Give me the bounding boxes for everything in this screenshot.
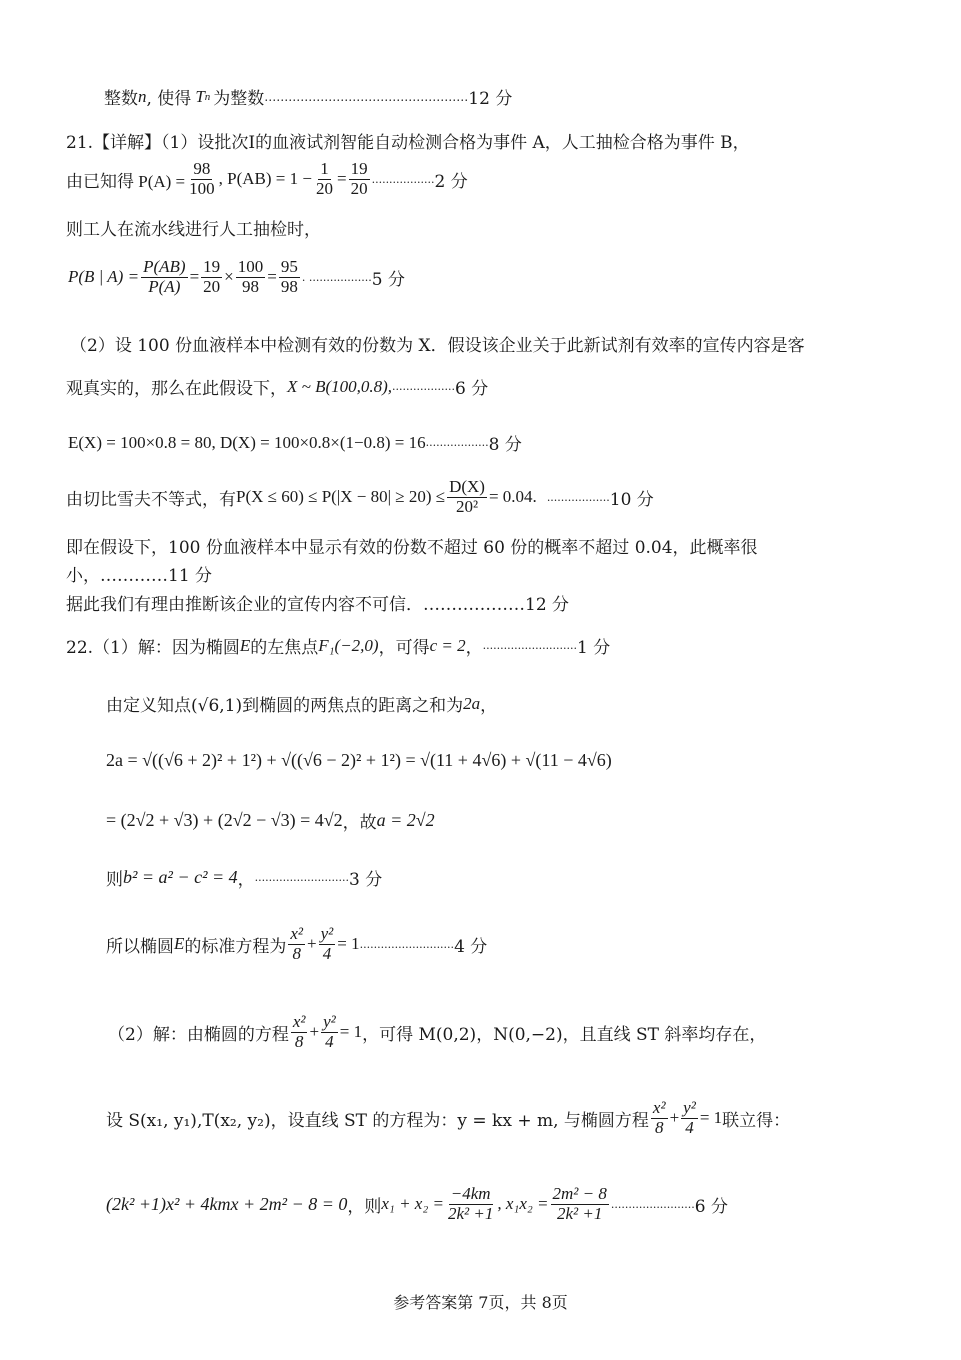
q22-a-value: = (2√2 + √3) + (2√2 − √3) = 4√2 ，故 a = 2… [106,808,435,833]
leader-dots: .................. [372,173,435,186]
denominator: 20 [314,180,335,199]
math-text: , x₁x₂ = [497,1194,548,1214]
text: 由定义知点(√6,1)到椭圆的两焦点的距离之和为 [106,691,463,716]
score-label: 12 分 [468,84,512,109]
math-text: , P(AB) = 1 − [219,169,312,189]
text: ，则 [347,1192,381,1217]
math-text: b² = a² − c² = 4 [123,867,238,888]
q22-b-squared: 则 b² = a² − c² = 4 ， ...................… [106,865,382,890]
q22-definition: 由定义知点(√6,1)到椭圆的两焦点的距离之和为 2a ， [106,691,497,716]
score-label: 3 分 [349,865,382,890]
q21-part2-intro: （2）设 100 份血液样本中检测有效的份数为 X．假设该企业关于此新试剂有效率… [70,331,805,356]
score-label: 5 分 [372,265,405,290]
leader-dots: …………………………………………… [264,90,468,104]
line-integer-n: 整数 n , 使得 Tn 为整数 …………………………………………… 12 分 [104,84,512,109]
fraction: 1920 [349,160,370,198]
q22-standard-equation: 所以椭圆 E 的标准方程为 x²8 + y²4 = 1 ............… [106,925,487,963]
denominator: 98 [240,278,261,297]
q22-line-st: 设 S(x₁, y₁),T(x₂, y₂)，设直线 ST 的方程为：y = kx… [106,1099,790,1137]
numerator: 19 [201,258,222,278]
text: 的左焦点 [250,633,318,658]
leader-dots: .................. [426,436,489,449]
q22-2a-calc: 2a = √((√6 + 2)² + 1²) + √((√6 − 2)² + 1… [106,750,612,771]
denominator: 4 [323,1033,336,1052]
text: ， [466,633,483,658]
q21-conclusion-2: 小，…………11 分 [66,561,212,586]
leader-dots: ........................... [483,639,577,652]
fraction: 1920 [201,258,222,296]
denominator: 2k² +1 [446,1205,495,1224]
text: ，故 [343,808,377,833]
text: 设 S(x₁, y₁),T(x₂, y₂)，设直线 ST 的方程为：y = kx… [106,1106,649,1131]
math-text: = 1 [340,1022,362,1042]
leader-dots: ........................... [255,871,349,884]
math-text: = 1 [337,934,359,954]
fraction: y²4 [321,1013,338,1051]
q21-conclusion-1: 即在假设下，100 份血液样本中显示有效的份数不超过 60 份的概率不超过 0.… [66,533,758,558]
text: （2）解：由椭圆的方程 [108,1020,289,1045]
text: 联立得： [722,1106,790,1131]
fraction: x²8 [291,1013,308,1051]
math-text: 2a [463,694,480,714]
math-var: n [138,87,147,107]
page-footer: 参考答案第 7页，共 8页 [0,1290,961,1313]
text: ， [480,691,497,716]
math-text: = [337,169,347,189]
q22-part1: 22.（1）解：因为椭圆 E 的左焦点 F₁(−2,0) ，可得 c = 2 ，… [66,633,610,658]
math-text: = [267,267,277,287]
numerator: y² [319,925,336,945]
score-label: 8 分 [489,430,522,455]
text: 则工人在流水线进行人工抽检时， [66,215,321,240]
numerator: y² [681,1099,698,1119]
fraction: y²4 [681,1099,698,1137]
fraction: y²4 [319,925,336,963]
q21-given: 由已知得 P(A) = 98100 , P(AB) = 1 − 120 = 19… [66,160,468,198]
denominator: 8 [290,945,303,964]
fraction: −4km2k² +1 [446,1185,495,1223]
denominator: 100 [187,180,217,199]
fraction: x²8 [288,925,305,963]
numerator: 1 [318,160,331,180]
q21-conditional-prob: P(B | A) = P(AB)P(A) = 1920 × 10098 = 95… [68,258,405,296]
denominator: 20² [454,498,480,517]
denominator: 4 [683,1119,696,1138]
text: , 使得 [147,84,192,109]
leader-dots: ........................... [360,938,454,951]
text: 由切比雪夫不等式，有 [66,485,236,510]
denominator: 2k² +1 [555,1205,604,1224]
math-text: E(X) = 100×0.8 = 80, D(X) = 100×0.8×(1−0… [68,433,426,453]
math-text: x₁ + x₂ = [381,1194,444,1214]
math-var: E [174,934,184,954]
math-text: = [190,267,200,287]
text: 则 [106,865,123,890]
text: 观真实的，那么在此假设下， [66,374,287,399]
text: 小，…………11 分 [66,561,212,586]
fraction: x²8 [651,1099,668,1137]
numerator: 19 [349,160,370,180]
numerator: 100 [236,258,266,278]
fraction: 2m² − 82k² +1 [551,1185,609,1223]
q21-manual-check: 则工人在流水线进行人工抽检时， [66,215,321,240]
q21-binomial: 观真实的，那么在此假设下， X ~ B(100,0.8), ..........… [66,374,488,399]
text: 22.（1）解：因为椭圆 [66,633,240,658]
score-label: 6 分 [695,1192,728,1217]
q21-chebyshev: 由切比雪夫不等式，有 P(X ≤ 60) ≤ P(|X − 80| ≥ 20) … [66,478,654,516]
text: 即在假设下，100 份血液样本中显示有效的份数不超过 60 份的概率不超过 0.… [66,533,758,558]
fraction: D(X)20² [447,478,487,516]
score-label: 6 分 [455,374,488,399]
math-var: T [195,87,204,107]
denominator: 20 [201,278,222,297]
math-text: = 1 [700,1108,722,1128]
text: ，可得 M(0,2)，N(0,−2)，且直线 ST 斜率均存在， [362,1020,766,1045]
math-text: 2a = √((√6 + 2)² + 1²) + √((√6 − 2)² + 1… [106,750,612,771]
q22-vieta: (2k² +1)x² + 4kmx + 2m² − 8 = 0 ，则 x₁ + … [106,1185,728,1223]
fraction: P(AB)P(A) [141,258,187,296]
text: 为整数 [213,84,264,109]
score-label: 10 分 [610,485,654,510]
text: ，可得 [379,633,430,658]
leader-dots: . .................. [302,271,372,284]
numerator: x² [288,925,305,945]
q21-conclusion-3: 据此我们有理由推断该企业的宣传内容不可信．………………12 分 [66,590,569,615]
math-text: 由已知得 P(A) = [66,167,185,192]
math-text: = 0.04. [489,487,537,507]
score-label: 2 分 [435,167,468,192]
text: 所以椭圆 [106,932,174,957]
q21-heading: 21.【详解】（1）设批次I的血液试剂智能自动检测合格为事件 A，人工抽检合格为… [66,128,750,153]
fraction: 120 [314,160,335,198]
math-text: = (2√2 + √3) + (2√2 − √3) = 4√2 [106,810,343,831]
numerator: −4km [449,1185,493,1205]
score-label: 1 分 [577,633,610,658]
leader-dots: .................. [392,380,455,393]
numerator: x² [651,1099,668,1119]
q22-part2-intro: （2）解：由椭圆的方程 x²8 + y²4 = 1 ，可得 M(0,2)，N(0… [108,1013,766,1051]
math-text: + [309,1022,319,1042]
math-text: X ~ B(100,0.8), [287,377,392,397]
leader-dots: .................. [547,491,610,504]
denominator: 20 [349,180,370,199]
math-text: F₁(−2,0) [318,636,378,656]
score-label: 4 分 [454,932,487,957]
numerator: y² [321,1013,338,1033]
fraction: 98100 [187,160,217,198]
math-sub: n [205,91,211,103]
numerator: 95 [279,258,300,278]
denominator: 4 [321,945,334,964]
text: 整数 [104,84,138,109]
math-var: E [240,636,250,656]
fraction: 10098 [236,258,266,296]
text: 21.【详解】（1）设批次I的血液试剂智能自动检测合格为事件 A，人工抽检合格为… [66,128,750,153]
leader-dots: ........................ [611,1198,695,1211]
math-text: P(B | A) = [68,267,139,287]
math-text: (2k² +1)x² + 4kmx + 2m² − 8 = 0 [106,1194,347,1215]
denominator: 8 [293,1033,306,1052]
numerator: D(X) [447,478,487,498]
denominator: 8 [653,1119,666,1138]
text: 的标准方程为 [184,932,286,957]
numerator: x² [291,1013,308,1033]
text: 据此我们有理由推断该企业的宣传内容不可信．………………12 分 [66,590,569,615]
math-text: × [224,267,234,287]
denominator: P(A) [146,278,182,297]
denominator: 98 [279,278,300,297]
q21-expectation-variance: E(X) = 100×0.8 = 80, D(X) = 100×0.8×(1−0… [68,430,522,455]
math-text: c = 2 [430,636,466,656]
math-text: P(X ≤ 60) ≤ P(|X − 80| ≥ 20) ≤ [236,487,445,507]
text: （2）设 100 份血液样本中检测有效的份数为 X．假设该企业关于此新试剂有效率… [70,331,805,356]
numerator: 98 [191,160,212,180]
math-text: + [670,1108,680,1128]
fraction: 9598 [279,258,300,296]
numerator: P(AB) [141,258,187,278]
math-text: a = 2√2 [377,810,435,831]
math-text: + [307,934,317,954]
text: ， [238,865,255,890]
numerator: 2m² − 8 [551,1185,609,1205]
